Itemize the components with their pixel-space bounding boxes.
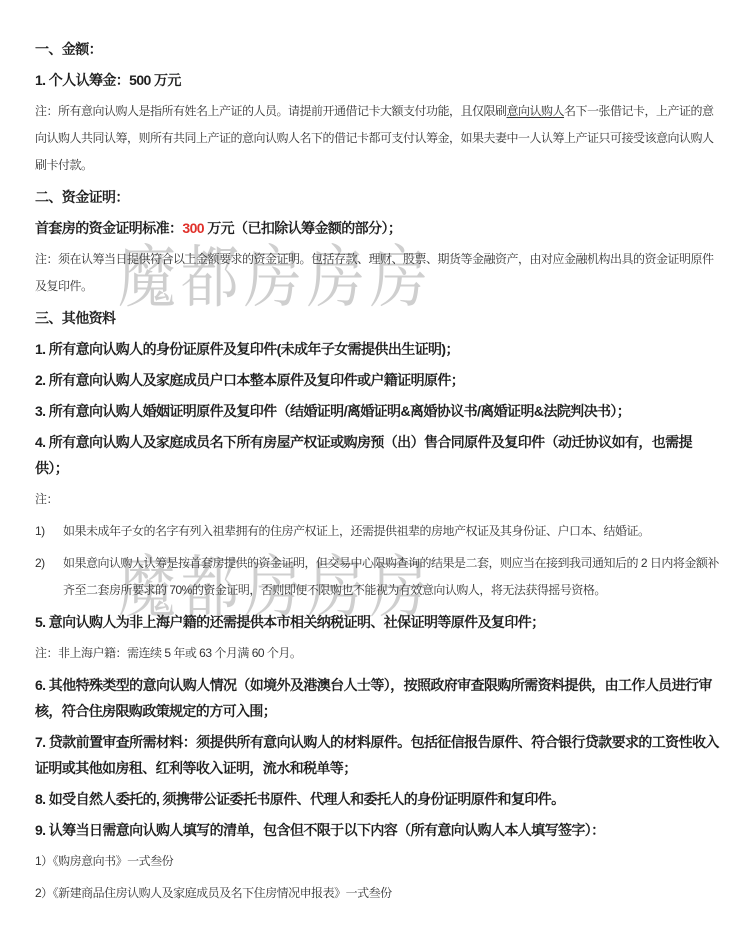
item-id-cards: 1. 所有意向认购人的身份证原件及复印件(未成年子女需提供出生证明)； bbox=[35, 336, 720, 362]
note-amount-pre: 注：所有意向认购人是指所有姓名上产证的人员。请提前开通借记卡大额支付功能，且仅限… bbox=[35, 104, 507, 118]
note-sub-2-number: 2) bbox=[35, 550, 45, 577]
subitem-housing-declaration-form: 2）《新建商品住房认购人及家庭成员及名下住房情况申报表》一式叁份 bbox=[35, 880, 720, 907]
fund-proof-standard: 首套房的资金证明标准：300 万元（已扣除认筹金额的部分）； bbox=[35, 215, 720, 241]
document-page: 魔都房房房 魔都房房房 一、金额： 1. 个人认筹金：500 万元 注：所有意向… bbox=[0, 0, 755, 942]
item-personal-subscription-fee: 1. 个人认筹金：500 万元 bbox=[35, 67, 720, 93]
subitem-purchase-intent-letter: 1）《购房意向书》一式叁份 bbox=[35, 848, 720, 875]
note-sub-2-text: 如果意向认购人认筹是按首套房提供的资金证明，但交易中心限购查询的结果是二套，则应… bbox=[63, 556, 719, 597]
item-special-buyers: 6. 其他特殊类型的意向认购人情况（如境外及港澳台人士等），按照政府审查限购所需… bbox=[35, 672, 720, 724]
item-entrusted-person: 8. 如受自然人委托的, 须携带公证委托书原件、代理人和委托人的身份证明原件和复… bbox=[35, 786, 720, 812]
item-non-shanghai-residence: 5. 意向认购人为非上海户籍的还需提供本市相关纳税证明、社保证明等原件及复印件； bbox=[35, 609, 720, 635]
item-household-register: 2. 所有意向认购人及家庭成员户口本整本原件及复印件或户籍证明原件； bbox=[35, 367, 720, 393]
note-sub-1: 1)如果未成年子女的名字有列入祖辈拥有的住房产权证上，还需提供祖辈的房地产权证及… bbox=[35, 518, 720, 545]
note-sub-2: 2)如果意向认购人认筹是按首套房提供的资金证明，但交易中心限购查询的结果是二套，… bbox=[35, 550, 720, 604]
section-heading-fund-proof: 二、资金证明： bbox=[35, 184, 720, 210]
item-forms-to-fill: 9. 认筹当日需意向认购人填写的清单，包含但不限于以下内容（所有意向认购人本人填… bbox=[35, 817, 720, 843]
note-label: 注： bbox=[35, 486, 720, 513]
fund-proof-amount-highlight: 300 bbox=[182, 220, 204, 236]
note-amount: 注：所有意向认购人是指所有姓名上产证的人员。请提前开通借记卡大额支付功能，且仅限… bbox=[35, 98, 720, 179]
section-heading-other-materials: 三、其他资料 bbox=[35, 305, 720, 331]
note-fund-proof: 注：须在认筹当日提供符合以上金额要求的资金证明。包括存款、理财、股票、期货等金融… bbox=[35, 246, 720, 300]
note-amount-underlined: 意向认购人 bbox=[507, 104, 565, 118]
document-content: 一、金额： 1. 个人认筹金：500 万元 注：所有意向认购人是指所有姓名上产证… bbox=[0, 0, 755, 907]
note-non-shanghai-residence: 注：非上海户籍：需连续 5 年或 63 个月满 60 个月。 bbox=[35, 640, 720, 667]
item-loan-pre-review: 7. 贷款前置审查所需材料：须提供所有意向认购人的材料原件。包括征信报告原件、符… bbox=[35, 729, 720, 781]
item-property-certificates: 4. 所有意向认购人及家庭成员名下所有房屋产权证或购房预（出）售合同原件及复印件… bbox=[35, 429, 720, 481]
fund-proof-standard-post: 万元（已扣除认筹金额的部分）； bbox=[204, 220, 401, 236]
item-marriage-certificates: 3. 所有意向认购人婚姻证明原件及复印件（结婚证明/离婚证明&离婚协议书/离婚证… bbox=[35, 398, 720, 424]
note-sub-1-number: 1) bbox=[35, 518, 45, 545]
fund-proof-standard-pre: 首套房的资金证明标准： bbox=[35, 220, 182, 236]
section-heading-amount: 一、金额： bbox=[35, 36, 720, 62]
note-sub-1-text: 如果未成年子女的名字有列入祖辈拥有的住房产权证上，还需提供祖辈的房地产权证及其身… bbox=[63, 524, 650, 538]
